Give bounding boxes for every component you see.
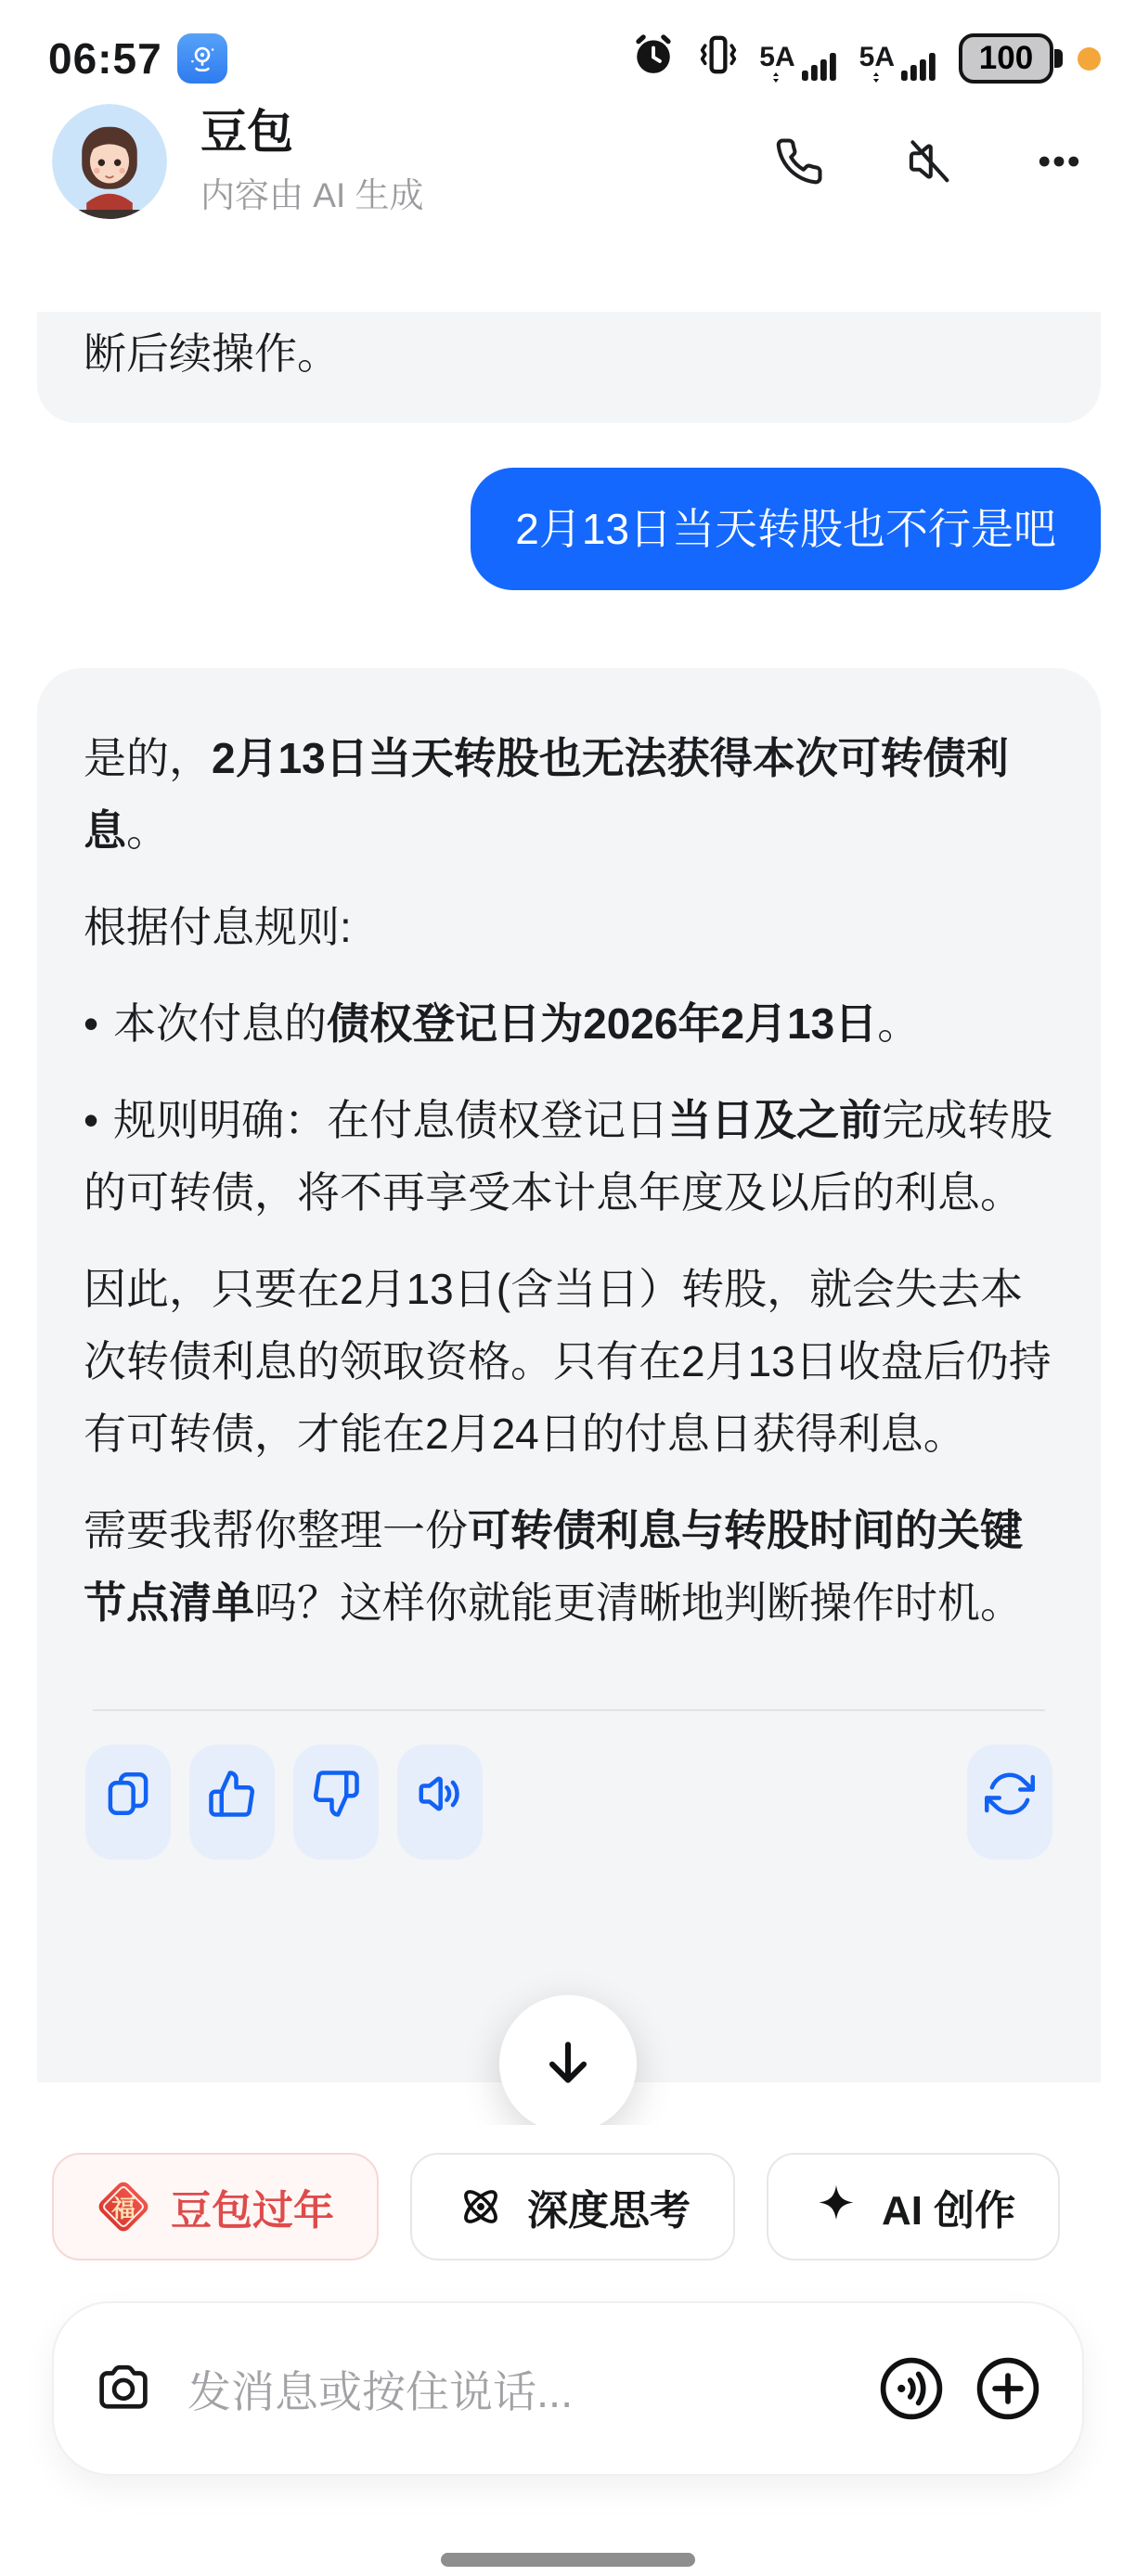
ai-text-bold: 当日及之前	[668, 1096, 882, 1144]
vibrate-icon	[694, 31, 742, 84]
ai-text-segment: 本次付息的	[113, 999, 327, 1048]
fu-badge-text: 福	[111, 2190, 136, 2224]
ai-text-segment: 因此，只要在2月13日(含当日）转股，就会失去本次转债利息的领取资格。只有在2月…	[84, 1265, 1052, 1458]
ai-generated-notice: 内容由 AI 生成	[200, 167, 424, 217]
thumbs-down-icon	[311, 1769, 361, 1819]
thumbs-up-button[interactable]	[189, 1745, 275, 1860]
plus-icon	[973, 2353, 1043, 2424]
battery-icon: 100	[959, 33, 1053, 84]
atom-icon	[455, 2181, 507, 2233]
bottom-panel: 福 豆包过年 深度思考 AI 创作	[0, 2125, 1136, 2576]
camera-button[interactable]	[93, 2358, 154, 2419]
ai-text-bold: 债权登记日为2026年2月13日	[327, 999, 877, 1048]
ai-message-bubble: 是的，2月13日当天转股也无法获得本次可转债利息。 根据付息规则: •本次付息的…	[37, 668, 1101, 2082]
arrow-down-icon	[537, 2033, 599, 2094]
ai-text-segment: 。	[877, 999, 920, 1048]
bullet-dot: •	[84, 999, 98, 1048]
chip-label: 深度思考	[527, 2177, 691, 2236]
ai-text-segment: 吗？这样你就能更清晰地判断操作时机。	[254, 1578, 1023, 1627]
alarm-icon	[629, 31, 678, 84]
more-options-button[interactable]	[1034, 136, 1084, 187]
data-arrows-icon	[869, 71, 885, 84]
network-type-badge: 5A	[859, 44, 895, 71]
add-attachment-button[interactable]	[973, 2353, 1043, 2424]
chip-label: 豆包过年	[171, 2177, 334, 2236]
network-type-badge: 5A	[759, 44, 794, 71]
ai-text-segment: 。	[126, 806, 169, 855]
header-info: 豆包 内容由 AI 生成	[200, 106, 424, 217]
ai-text-segment: 需要我帮你整理一份	[84, 1506, 468, 1554]
signal-bars-icon	[800, 43, 843, 84]
ai-bullet-item: •本次付息的债权登记日为2026年2月13日。	[84, 987, 1054, 1060]
thumbs-down-button[interactable]	[293, 1745, 379, 1860]
data-arrows-icon	[768, 71, 785, 84]
ai-paragraph: 因此，只要在2月13日(含当日）转股，就会失去本次转债利息的领取资格。只有在2月…	[84, 1253, 1054, 1470]
voice-wave-icon	[876, 2353, 947, 2424]
scroll-to-bottom-button[interactable]	[499, 1995, 637, 2132]
message-input-bar[interactable]: 发消息或按住说话...	[52, 2301, 1084, 2476]
avatar[interactable]	[52, 104, 167, 219]
chip-deep-thinking[interactable]: 深度思考	[410, 2153, 735, 2260]
assistant-name: 豆包	[200, 106, 424, 160]
message-action-bar	[85, 1745, 1052, 1860]
voice-mode-button[interactable]	[876, 2353, 947, 2424]
screen-record-icon	[177, 33, 227, 84]
status-right: 5A 5A	[629, 31, 1101, 84]
status-dot-icon	[1078, 47, 1101, 71]
ai-text-bold: 2月13日当天转股也无法获得本次可转债利息	[84, 734, 1009, 855]
ai-paragraph: 根据付息规则:	[84, 891, 1054, 963]
phone-icon	[774, 136, 824, 187]
doubao-chat-screen: 06:57	[0, 0, 1136, 2576]
ai-paragraph: 需要我帮你整理一份可转债利息与转股时间的关键节点清单吗？这样你就能更清晰地判断操…	[84, 1494, 1054, 1639]
thumbs-up-icon	[207, 1769, 257, 1819]
ai-text-segment: 断后续操作。	[84, 329, 340, 378]
regenerate-button[interactable]	[967, 1745, 1052, 1860]
camera-icon	[93, 2358, 154, 2419]
copy-button[interactable]	[85, 1745, 171, 1860]
ai-bullet-item: •规则明确：在付息债权登记日当日及之前完成转股的可转债，将不再享受本计息年度及以…	[84, 1084, 1054, 1229]
user-message-bubble[interactable]: 2月13日当天转股也不行是吧	[471, 468, 1101, 590]
mute-toggle-button[interactable]	[904, 136, 954, 187]
status-bar: 06:57	[0, 0, 1136, 89]
speaker-muted-icon	[904, 136, 954, 187]
home-indicator[interactable]	[441, 2553, 695, 2567]
message-input-placeholder[interactable]: 发消息或按住说话...	[187, 2358, 876, 2420]
chat-header: 豆包 内容由 AI 生成	[0, 89, 1136, 234]
sparkle-icon	[811, 2182, 861, 2232]
signal-icon: 5A	[759, 43, 842, 84]
chip-doubao-new-year[interactable]: 福 豆包过年	[52, 2153, 379, 2260]
bullet-dot: •	[84, 1096, 98, 1144]
voice-call-button[interactable]	[774, 136, 824, 187]
user-message-row: 2月13日当天转股也不行是吧	[0, 468, 1101, 590]
message-divider	[93, 1709, 1045, 1711]
read-aloud-button[interactable]	[397, 1745, 483, 1860]
signal-bars-icon	[899, 43, 942, 84]
chip-ai-create[interactable]: AI 创作	[767, 2153, 1060, 2260]
ai-message-previous-tail: 断后续操作。	[37, 312, 1101, 423]
regenerate-icon	[985, 1769, 1035, 1819]
status-time: 06:57	[48, 33, 162, 84]
fu-badge-icon: 福	[97, 2180, 150, 2234]
ai-paragraph: 是的，2月13日当天转股也无法获得本次可转债利息。	[84, 722, 1054, 867]
ai-text-segment: 根据付息规则:	[84, 903, 352, 951]
speaker-icon	[415, 1769, 465, 1819]
more-icon	[1034, 136, 1084, 187]
ai-text-segment: 规则明确：在付息债权登记日	[113, 1096, 668, 1144]
quick-action-chips: 福 豆包过年 深度思考 AI 创作	[52, 2153, 1136, 2260]
user-message-text: 2月13日当天转股也不行是吧	[515, 505, 1056, 553]
copy-icon	[103, 1769, 153, 1819]
battery-level: 100	[979, 40, 1033, 77]
ai-text-segment: 是的，	[84, 734, 212, 782]
input-right-actions	[876, 2353, 1043, 2424]
header-actions	[774, 136, 1084, 187]
chip-label: AI 创作	[882, 2177, 1015, 2236]
status-left: 06:57	[48, 33, 227, 84]
signal-icon-2: 5A	[859, 43, 942, 84]
